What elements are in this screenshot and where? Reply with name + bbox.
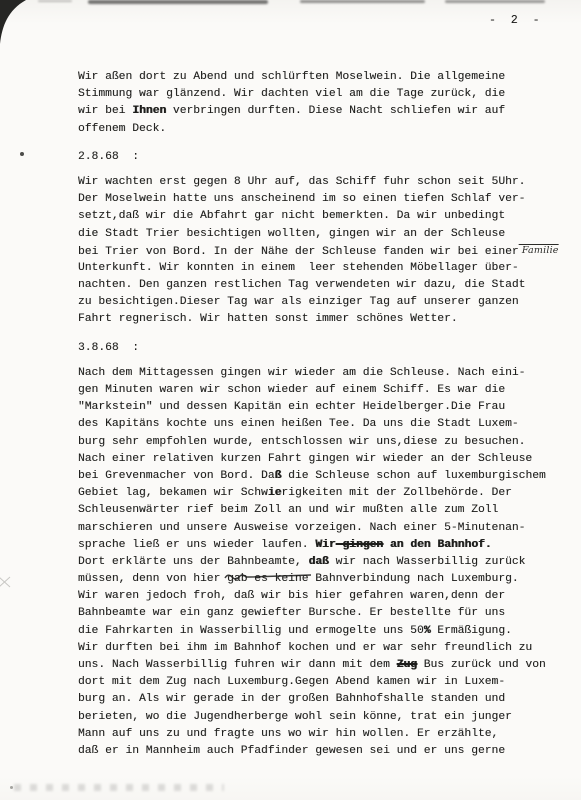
text-segment: marschieren und unsere Ausweise vorzeige… (78, 522, 525, 534)
text-segment: Nach dem Mittagessen gingen wir wieder a… (78, 367, 525, 379)
text-line: bei Grevenmacher von Bord. Daß die Schle… (78, 468, 558, 485)
pencil-mark-artifact (0, 574, 13, 595)
text-line: Nach dem Mittagessen gingen wir wieder a… (78, 365, 558, 382)
text-line: Dort erklärte uns der Bahnbeamte, daß wi… (78, 554, 558, 571)
text-segment: Nach einer relativen kurzen Fahrt gingen… (78, 453, 532, 465)
text-segment: an den Bahnhof. (383, 539, 491, 551)
text-segment: offenem Deck. (78, 123, 166, 135)
text-segment: Schleusenwärter rief beim Zoll an und wi… (78, 504, 498, 516)
text-segment: Ihnen (132, 105, 166, 117)
text-line: setzt,daß wir die Abfahrt gar nicht beme… (78, 208, 558, 225)
text-line: gen Minuten waren wir schon wieder auf e… (78, 382, 558, 399)
text-line: burg an. Als wir gerade in der großen Ba… (78, 691, 558, 708)
text-segment: setzt,daß wir die Abfahrt gar nicht beme… (78, 210, 505, 222)
page-number: - 2 - (489, 14, 544, 27)
text-segment: die Stadt Trier besichtigen wollten, gin… (78, 228, 505, 240)
text-segment: "Markstein" und dessen Kapitän ein echte… (78, 401, 505, 413)
text-line: Schleusenwärter rief beim Zoll an und wi… (78, 502, 558, 519)
text-segment: die Schleuse schon auf luxemburgischem (281, 470, 545, 482)
ink-dot-artifact (20, 152, 24, 156)
text-segment: gingen (336, 539, 383, 551)
text-line: marschieren und unsere Ausweise vorzeige… (78, 520, 558, 537)
corner-fold-artifact (0, 0, 30, 49)
scan-edge-smudge (38, 0, 72, 2)
text-segment: des Kapitäns kochte uns einen heißen Tee… (78, 418, 519, 430)
text-segment: zu besichtigen.Dieser Tag war als einzig… (78, 296, 519, 308)
text-line: zu besichtigen.Dieser Tag war als einzig… (78, 294, 558, 311)
text-segment: Fahrt regnerisch. Wir hatten sonst immer… (78, 313, 458, 325)
text-segment: die Fahrkarten in Wasserbillig und ermog… (78, 625, 424, 637)
text-segment: wir nach Wasserbillig zurück (329, 556, 526, 568)
text-segment: Wir durften bei ihm im Bahnhof kochen un… (78, 642, 532, 654)
text-line: nachten. Den ganzen restlichen Tag verwe… (78, 277, 558, 294)
text-line: "Markstein" und dessen Kapitän ein echte… (78, 399, 558, 416)
text-segment: ie (268, 487, 282, 499)
text-segment: Ermäßigung. (431, 625, 512, 637)
scan-bottom-smudge (14, 784, 224, 791)
text-line: berieten, wo die Jugendherberge wohl sei… (78, 709, 558, 726)
text-line: daß er in Mannheim auch Pfadfinder gewes… (78, 743, 558, 760)
text-segment: gen Minuten waren wir schon wieder auf e… (78, 384, 505, 396)
document-body: Wir aßen dort zu Abend und schlürften Mo… (78, 69, 558, 760)
text-segment: bei Trier von Bord. In der Nähe der Schl… (78, 246, 519, 258)
text-segment: % (424, 625, 431, 637)
text-segment: nachten. Den ganzen restlichen Tag verwe… (78, 279, 525, 291)
text-line: Fahrt regnerisch. Wir hatten sonst immer… (78, 311, 558, 328)
text-segment: berieten, wo die Jugendherberge wohl sei… (78, 711, 512, 723)
text-line: Stimmung war glänzend. Wir dachten viel … (78, 86, 558, 103)
text-segment: dort mit dem Zug nach Luxemburg.Gegen Ab… (78, 676, 505, 688)
text-segment: Der Moselwein hatte uns anscheinend im s… (78, 193, 525, 205)
handwritten-insertion: Familie (519, 245, 559, 256)
text-line: Wir wachten erst gegen 8 Uhr auf, das Sc… (78, 174, 558, 191)
text-line: Unterkunft. Wir konnten in einem leer st… (78, 260, 558, 277)
text-line: Wir durften bei ihm im Bahnhof kochen un… (78, 640, 558, 657)
text-line: sprache ließ er uns wieder laufen. Wir g… (78, 537, 558, 554)
text-segment: daß (309, 556, 329, 568)
text-line: Mann auf uns zu und fragte uns wo wir hi… (78, 726, 558, 743)
text-segment: Wir wachten erst gegen 8 Uhr auf, das Sc… (78, 176, 525, 188)
text-line: wir bei Ihnen verbringen durften. Diese … (78, 103, 558, 120)
text-segment: burg an. Als wir gerade in der großen Ba… (78, 693, 505, 705)
text-line: uns. Nach Wasserbillig fuhren wir dann m… (78, 657, 558, 674)
text-line: die Stadt Trier besichtigen wollten, gin… (78, 226, 558, 243)
text-line: Bahnbeamte war ein ganz gewiefter Bursch… (78, 605, 558, 622)
text-segment: bei Grevenmacher von Bord. Da (78, 470, 275, 482)
text-segment: Bahnbeamte war ein ganz gewiefter Bursch… (78, 607, 505, 619)
text-line: müssen, denn von hier gab es keine Bahnv… (78, 571, 558, 588)
text-segment: Mann auf uns zu und fragte uns wo wir hi… (78, 728, 498, 740)
text-line: burg sehr empfohlen wurde, entschlossen … (78, 434, 558, 451)
scan-edge-smudge (88, 0, 268, 4)
date-heading: 2.8.68 : (78, 149, 558, 166)
scan-edge-smudge (445, 0, 545, 3)
text-segment: Bus zurück und von (417, 659, 546, 671)
text-line: Der Moselwein hatte uns anscheinend im s… (78, 191, 558, 208)
text-segment: daß er in Mannheim auch Pfadfinder gewes… (78, 745, 505, 757)
scan-edge-smudge (300, 0, 425, 3)
paragraph: Wir wachten erst gegen 8 Uhr auf, das Sc… (78, 174, 558, 329)
text-segment: müssen, denn von hier gab es keine Bahnv… (78, 573, 519, 585)
text-line: die Fahrkarten in Wasserbillig und ermog… (78, 623, 558, 640)
text-line: offenem Deck. (78, 121, 558, 138)
text-segment: Wir (315, 539, 335, 551)
text-line: Gebiet lag, bekamen wir Schwierigkeiten … (78, 485, 558, 502)
text-segment: Dort erklärte uns der Bahnbeamte, (78, 556, 309, 568)
paragraph: Wir aßen dort zu Abend und schlürften Mo… (78, 69, 558, 138)
text-segment: Unterkunft. Wir konnten in einem leer st… (78, 262, 519, 274)
text-line: Wir aßen dort zu Abend und schlürften Mo… (78, 69, 558, 86)
text-line: Nach einer relativen kurzen Fahrt gingen… (78, 451, 558, 468)
text-segment: verbringen durften. Diese Nacht schliefe… (166, 105, 505, 117)
text-segment: Zug (397, 659, 417, 671)
text-line: Wir waren jedoch froh, daß wir bis hier … (78, 588, 558, 605)
text-segment: wir bei (78, 105, 132, 117)
text-segment: Wir waren jedoch froh, daß wir bis hier … (78, 590, 505, 602)
text-segment: sprache ließ er uns wieder laufen. (78, 539, 315, 551)
text-line: des Kapitäns kochte uns einen heißen Tee… (78, 416, 558, 433)
text-segment: Stimmung war glänzend. Wir dachten viel … (78, 88, 505, 100)
text-segment: burg sehr empfohlen wurde, entschlossen … (78, 436, 525, 448)
text-segment: Wir aßen dort zu Abend und schlürften Mo… (78, 71, 505, 83)
text-segment: Gebiet lag, bekamen wir Schw (78, 487, 268, 499)
text-segment: uns. Nach Wasserbillig fuhren wir dann m… (78, 659, 397, 671)
text-line: bei Trier von Bord. In der Nähe der Schl… (78, 243, 558, 260)
date-heading: 3.8.68 : (78, 340, 558, 357)
text-segment: rigkeiten mit der Zollbehörde. Der (281, 487, 512, 499)
text-line: dort mit dem Zug nach Luxemburg.Gegen Ab… (78, 674, 558, 691)
paragraph: Nach dem Mittagessen gingen wir wieder a… (78, 365, 558, 760)
ink-speck-artifact (10, 786, 13, 789)
